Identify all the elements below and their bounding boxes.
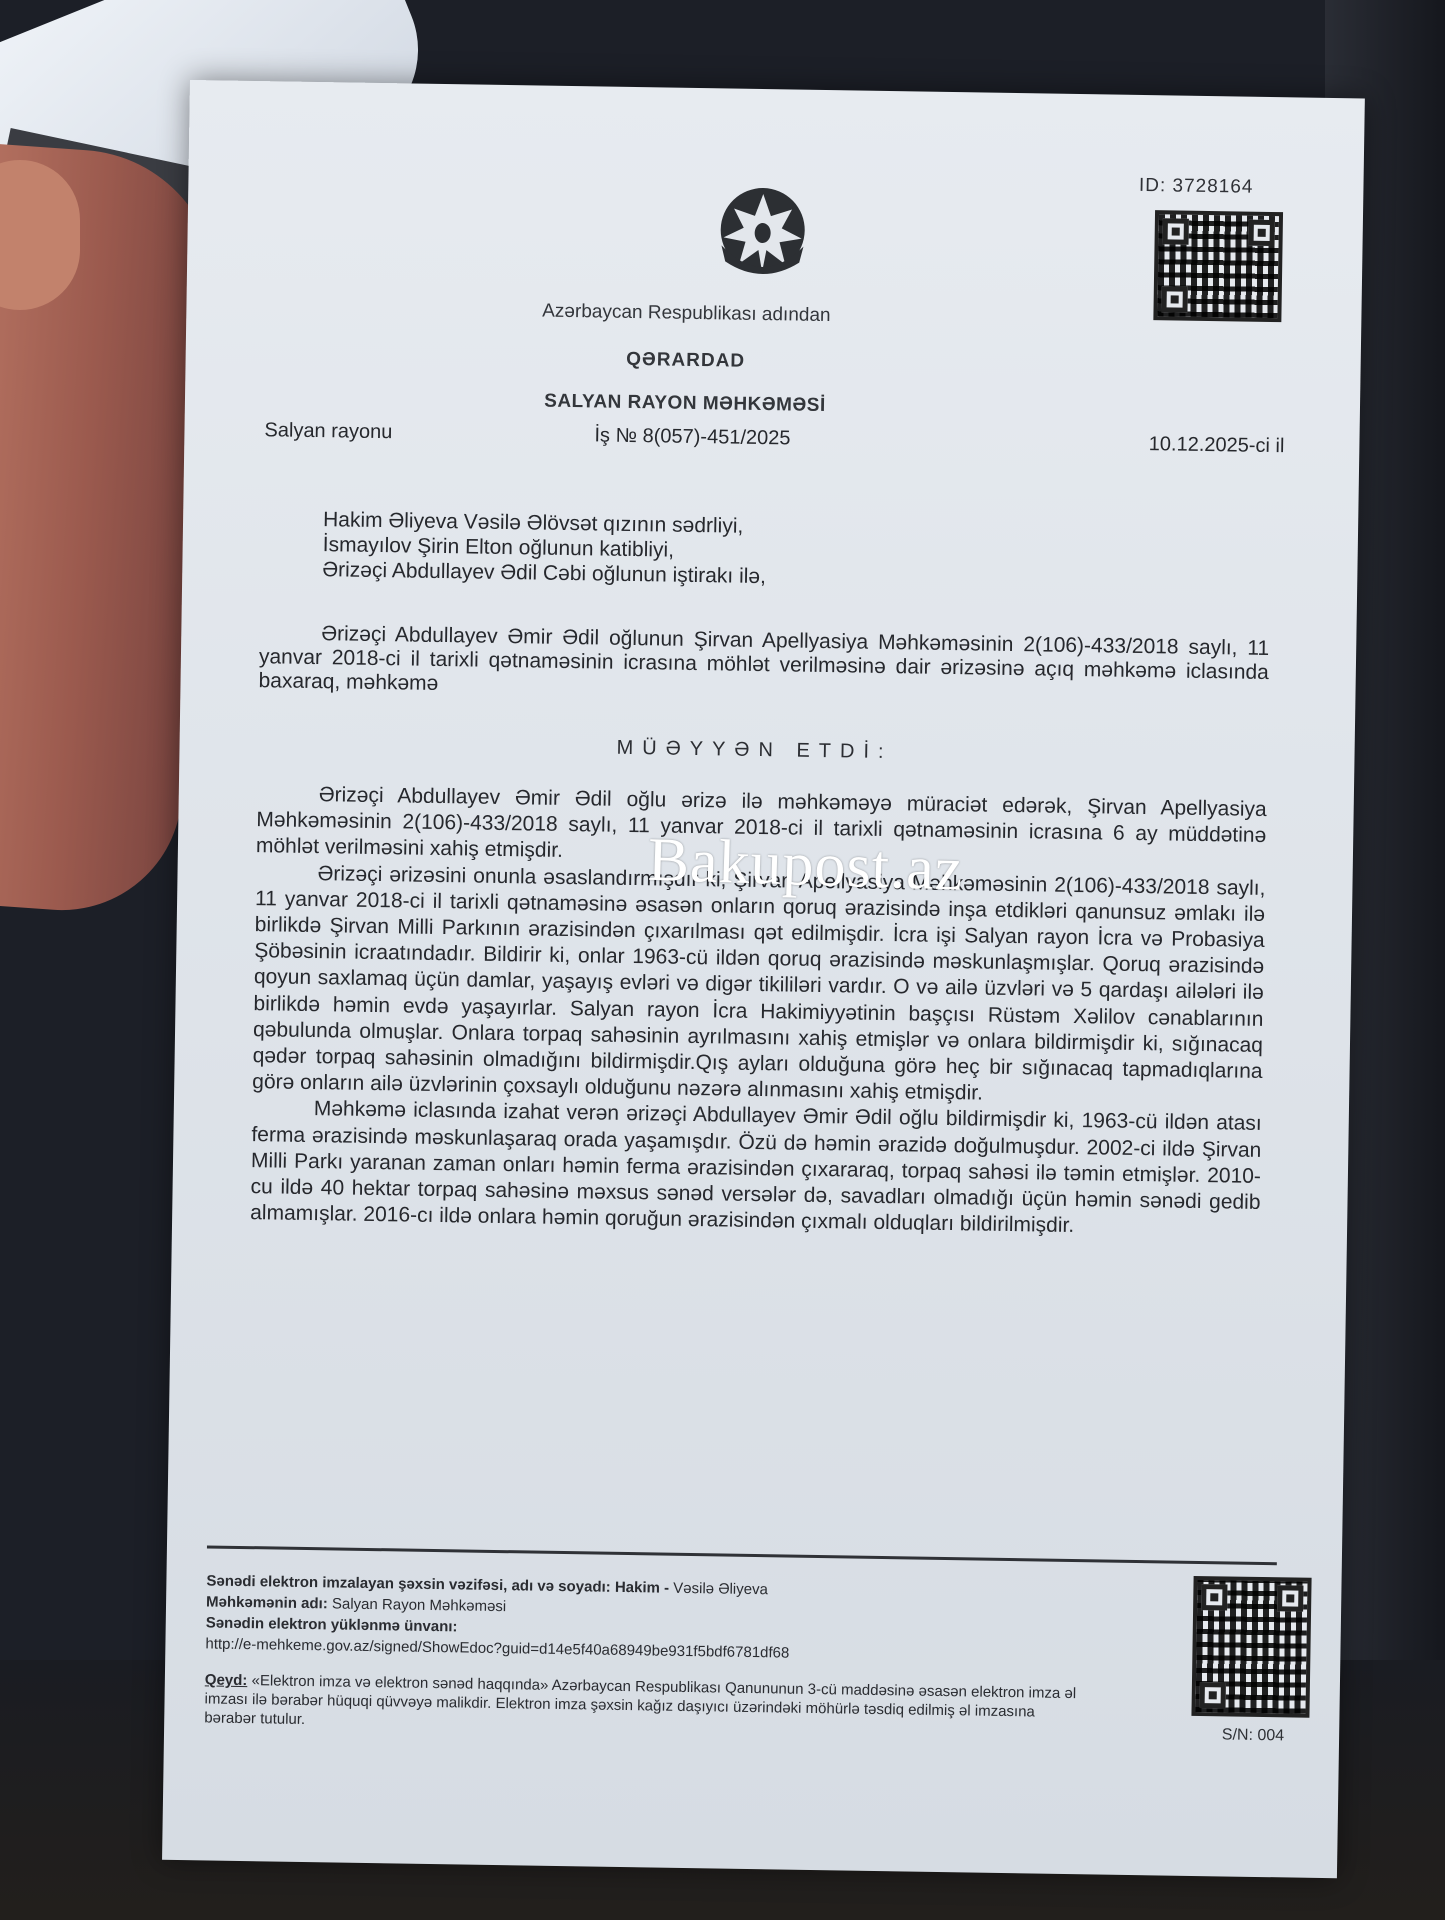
court-document-page: ID: 3728164 Azərbaycan Respublikası adın… (162, 80, 1365, 1878)
court-panel: Hakim Əliyeva Vəsilə Əlövsət qızının səd… (322, 507, 767, 589)
case-number: İş № 8(057)-451/2025 (594, 424, 790, 450)
case-place: Salyan rayonu (264, 419, 392, 444)
on-behalf-heading: Azərbaycan Respublikası adından (186, 295, 1186, 333)
paragraph: Məhkəmə iclasında izahat verən ərizəçi A… (250, 1096, 1262, 1243)
legal-note: Qeyd: «Elektron imza və elektron sənəd h… (204, 1670, 1085, 1741)
state-emblem-icon (707, 183, 819, 285)
document-id: ID: 3728164 (1139, 175, 1254, 199)
signature-qr-code-icon (1191, 1576, 1311, 1718)
signer-value: Vəsilə Əliyeva (673, 1580, 768, 1598)
document-type-heading: QƏRARDAD (186, 342, 1186, 380)
e-signature-block: Sənədi elektron imzalayan şəxsin vəzifəs… (205, 1570, 790, 1663)
intro-paragraph: Ərizəçi Abdullayev Əmir Ədil oğlunun Şir… (258, 621, 1269, 709)
note-label: Qeyd: (205, 1671, 248, 1689)
qr-code-icon (1153, 210, 1283, 322)
note-text: «Elektron imza və elektron sənəd haqqınd… (204, 1672, 1076, 1728)
serial-number: S/N: 004 (1222, 1726, 1285, 1745)
court-name-heading: SALYAN RAYON MƏHKƏMƏSİ (185, 385, 1185, 423)
court-value: Salyan Rayon Məhkəməsi (332, 1595, 507, 1615)
watermark: Bakupost.az (647, 825, 965, 906)
case-date: 10.12.2025-ci il (1149, 433, 1285, 458)
court-label: Məhkəmənin adı: (206, 1593, 328, 1612)
footer-divider (207, 1545, 1277, 1565)
section-title: MÜƏYYƏN ETDİ: (179, 730, 1329, 771)
